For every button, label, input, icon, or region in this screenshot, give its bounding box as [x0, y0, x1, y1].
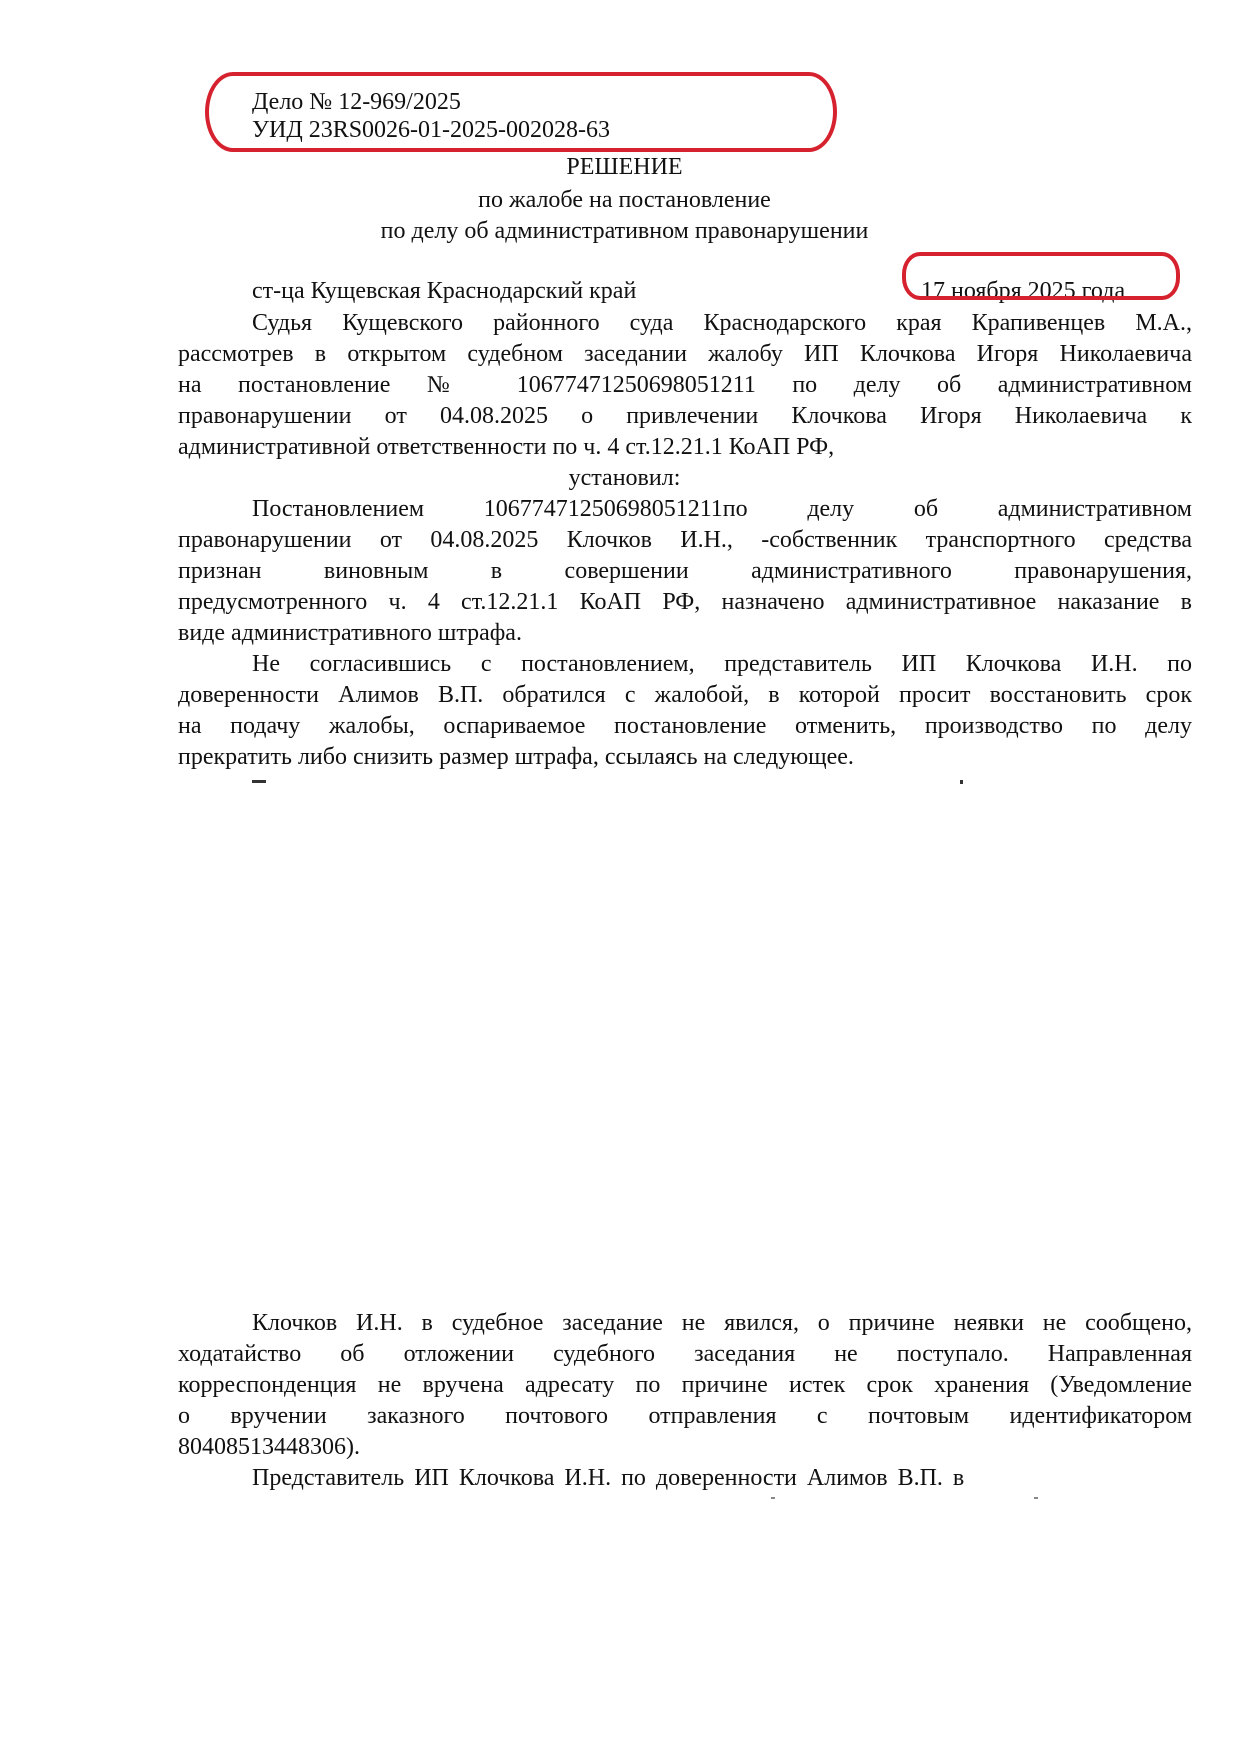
- established-label: установил:: [4, 464, 1241, 492]
- absence-line: 80408513448306).: [178, 1433, 1192, 1461]
- intro-line: на постановление № 10677471250698051211 …: [178, 371, 1192, 399]
- resolution-line: предусмотренного ч. 4 ст.12.21.1 КоАП РФ…: [178, 588, 1192, 616]
- redacted-mark: [1034, 1497, 1038, 1499]
- document-subtitle-1: по жалобе на постановление: [4, 186, 1241, 214]
- complaint-line: прекратить либо снизить размер штрафа, с…: [178, 743, 1192, 771]
- redacted-line-remnant: [252, 780, 1152, 785]
- intro-line: административной ответственности по ч. 4…: [178, 433, 1192, 461]
- intro-line: Судья Кущевского районного суда Краснода…: [252, 309, 1192, 337]
- case-number: Дело № 12-969/2025: [252, 88, 461, 116]
- representative-line: Представитель ИП Клочкова И.Н. по довере…: [252, 1464, 964, 1492]
- document-title: РЕШЕНИЕ: [4, 153, 1241, 181]
- resolution-line: правонарушении от 04.08.2025 Клочков И.Н…: [178, 526, 1192, 554]
- redacted-mark: [771, 1497, 775, 1499]
- complaint-line: Не согласившись с постановлением, предст…: [252, 650, 1192, 678]
- decision-date: 17 ноября 2025 года: [921, 277, 1125, 305]
- intro-line: правонарушении от 04.08.2025 о привлечен…: [178, 402, 1192, 430]
- uid-number: УИД 23RS0026-01-2025-002028-63: [252, 116, 610, 144]
- place: ст-ца Кущевская Краснодарский край: [252, 277, 636, 305]
- complaint-line: доверенности Алимов В.П. обратился с жал…: [178, 681, 1192, 709]
- resolution-line: виде административного штрафа.: [178, 619, 1192, 647]
- document-page: Дело № 12-969/2025 УИД 23RS0026-01-2025-…: [0, 0, 1241, 1755]
- absence-line: корреспонденция не вручена адресату по п…: [178, 1371, 1192, 1399]
- resolution-line: признан виновным в совершении администра…: [178, 557, 1192, 585]
- absence-line: Клочков И.Н. в судебное заседание не яви…: [252, 1309, 1192, 1337]
- document-subtitle-2: по делу об административном правонарушен…: [4, 217, 1241, 245]
- complaint-line: на подачу жалобы, оспариваемое постановл…: [178, 712, 1192, 740]
- resolution-line: Постановлением 10677471250698051211по де…: [252, 495, 1192, 523]
- intro-line: рассмотрев в открытом судебном заседании…: [178, 340, 1192, 368]
- absence-line: ходатайство об отложении судебного засед…: [178, 1340, 1192, 1368]
- absence-line: о вручении заказного почтового отправлен…: [178, 1402, 1192, 1430]
